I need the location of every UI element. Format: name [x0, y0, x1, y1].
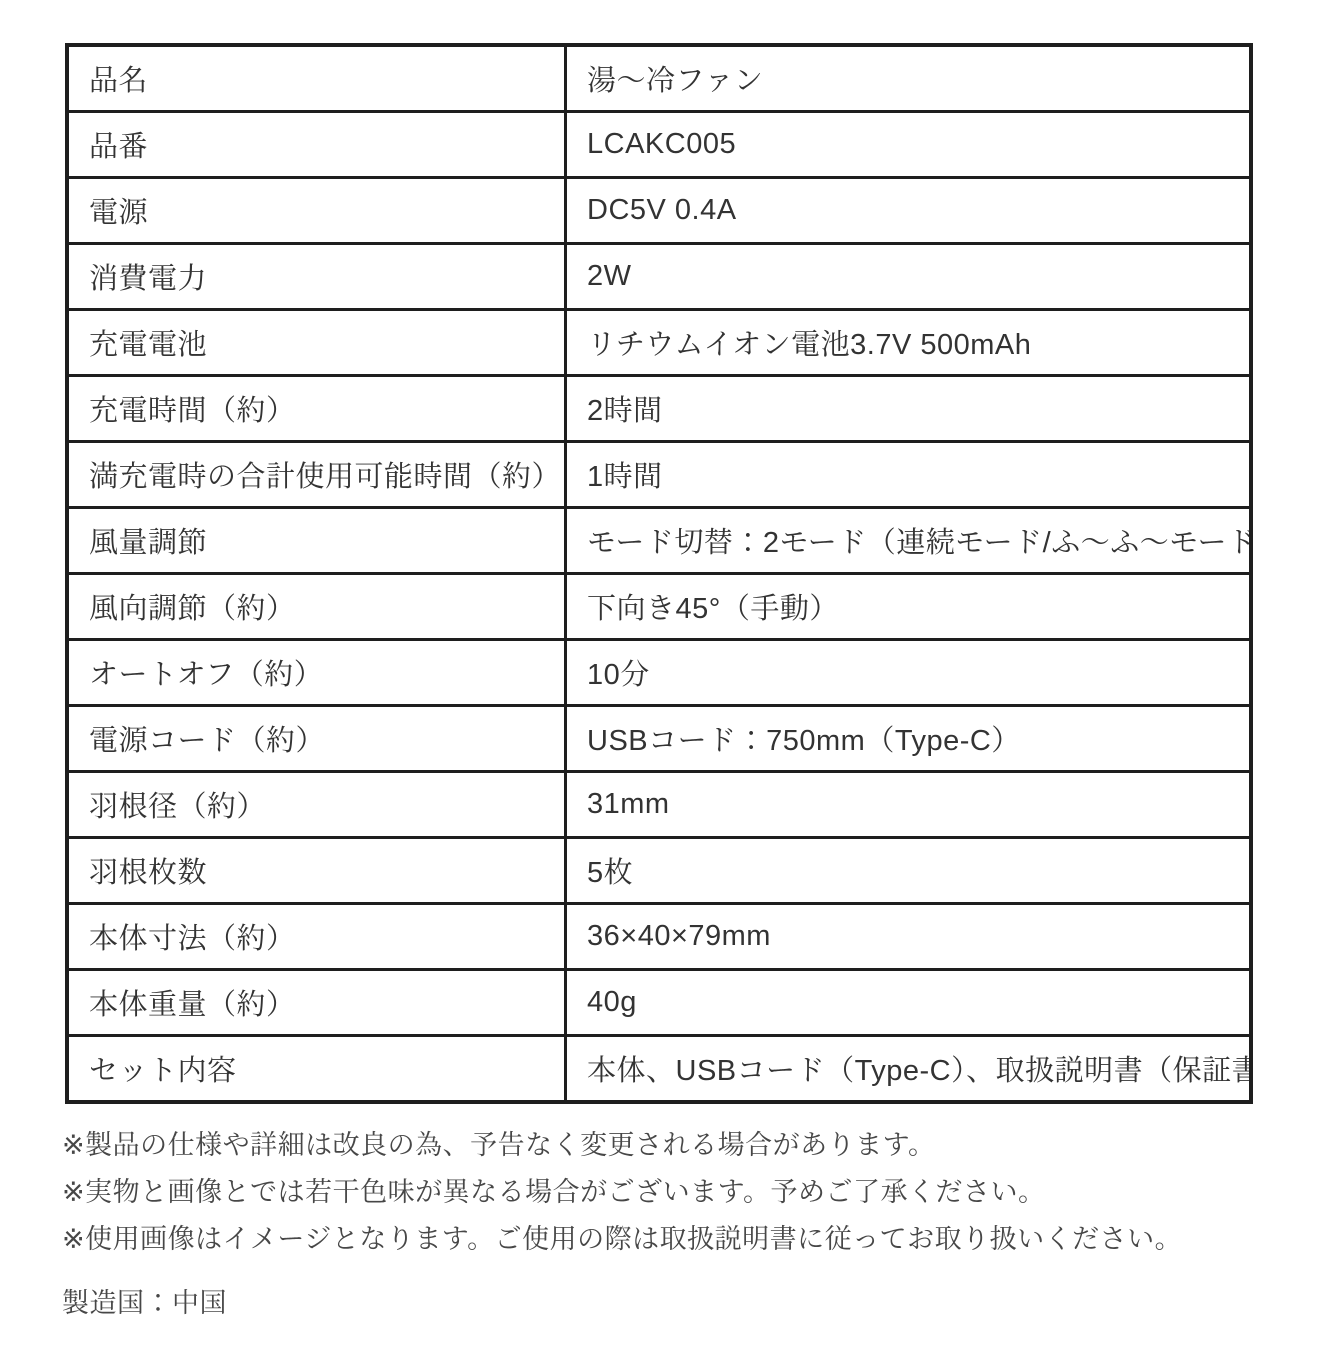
spec-value-cell: 31mm	[566, 772, 1252, 838]
spec-value-cell: LCAKC005	[566, 112, 1252, 178]
spec-label-cell: 風量調節	[67, 508, 566, 574]
spec-label-cell: 本体重量（約）	[67, 970, 566, 1036]
spec-value-cell: リチウムイオン電池3.7V 500mAh	[566, 310, 1252, 376]
spec-value-cell: 40g	[566, 970, 1252, 1036]
spec-row: オートオフ（約）10分	[67, 640, 1251, 706]
notes-section: ※製品の仕様や詳細は改良の為、予告なく変更される場合があります。※実物と画像とで…	[62, 1122, 1182, 1263]
spec-value-cell: 10分	[566, 640, 1252, 706]
country-of-origin: 製造国：中国	[62, 1281, 227, 1320]
spec-value-cell: 本体、USBコード（Type-C）、取扱説明書（保証書付）	[566, 1036, 1252, 1103]
spec-value-cell: 5枚	[566, 838, 1252, 904]
spec-label-cell: 品番	[67, 112, 566, 178]
spec-label-cell: 電源	[67, 178, 566, 244]
spec-label-cell: 風向調節（約）	[67, 574, 566, 640]
spec-value-cell: 下向き45°（手動）	[566, 574, 1252, 640]
spec-label-cell: 本体寸法（約）	[67, 904, 566, 970]
spec-row: セット内容本体、USBコード（Type-C）、取扱説明書（保証書付）	[67, 1036, 1251, 1103]
spec-label-cell: 電源コード（約）	[67, 706, 566, 772]
spec-label-cell: 品名	[67, 45, 566, 112]
spec-row: 消費電力2W	[67, 244, 1251, 310]
spec-row: 充電電池リチウムイオン電池3.7V 500mAh	[67, 310, 1251, 376]
spec-row: 品名湯〜冷ファン	[67, 45, 1251, 112]
spec-table-body: 品名湯〜冷ファン品番LCAKC005電源DC5V 0.4A消費電力2W充電電池リ…	[67, 45, 1251, 1102]
spec-value-cell: 36×40×79mm	[566, 904, 1252, 970]
note-line: ※実物と画像とでは若干色味が異なる場合がございます。予めご了承ください。	[62, 1169, 1182, 1216]
spec-row: 本体寸法（約）36×40×79mm	[67, 904, 1251, 970]
spec-label-cell: 消費電力	[67, 244, 566, 310]
spec-value-cell: USBコード：750mm（Type-C）	[566, 706, 1252, 772]
spec-value-cell: DC5V 0.4A	[566, 178, 1252, 244]
spec-row: 電源コード（約）USBコード：750mm（Type-C）	[67, 706, 1251, 772]
spec-row: 品番LCAKC005	[67, 112, 1251, 178]
spec-row: 風量調節モード切替：2モード（連続モード/ふ〜ふ〜モード）	[67, 508, 1251, 574]
spec-value-cell: 湯〜冷ファン	[566, 45, 1252, 112]
note-line: ※使用画像はイメージとなります。ご使用の際は取扱説明書に従ってお取り扱いください…	[62, 1216, 1182, 1263]
spec-row: 電源DC5V 0.4A	[67, 178, 1251, 244]
spec-label-cell: 充電時間（約）	[67, 376, 566, 442]
spec-value-cell: 2W	[566, 244, 1252, 310]
spec-value-cell: 1時間	[566, 442, 1252, 508]
note-line: ※製品の仕様や詳細は改良の為、予告なく変更される場合があります。	[62, 1122, 1182, 1169]
spec-row: 風向調節（約）下向き45°（手動）	[67, 574, 1251, 640]
spec-label-cell: 羽根径（約）	[67, 772, 566, 838]
spec-row: 羽根枚数5枚	[67, 838, 1251, 904]
spec-table: 品名湯〜冷ファン品番LCAKC005電源DC5V 0.4A消費電力2W充電電池リ…	[65, 43, 1253, 1104]
spec-label-cell: セット内容	[67, 1036, 566, 1103]
spec-row: 充電時間（約）2時間	[67, 376, 1251, 442]
spec-row: 満充電時の合計使用可能時間（約）1時間	[67, 442, 1251, 508]
spec-label-cell: オートオフ（約）	[67, 640, 566, 706]
spec-row: 羽根径（約）31mm	[67, 772, 1251, 838]
spec-label-cell: 羽根枚数	[67, 838, 566, 904]
spec-label-cell: 満充電時の合計使用可能時間（約）	[67, 442, 566, 508]
spec-label-cell: 充電電池	[67, 310, 566, 376]
spec-value-cell: モード切替：2モード（連続モード/ふ〜ふ〜モード）	[566, 508, 1252, 574]
spec-value-cell: 2時間	[566, 376, 1252, 442]
spec-row: 本体重量（約）40g	[67, 970, 1251, 1036]
